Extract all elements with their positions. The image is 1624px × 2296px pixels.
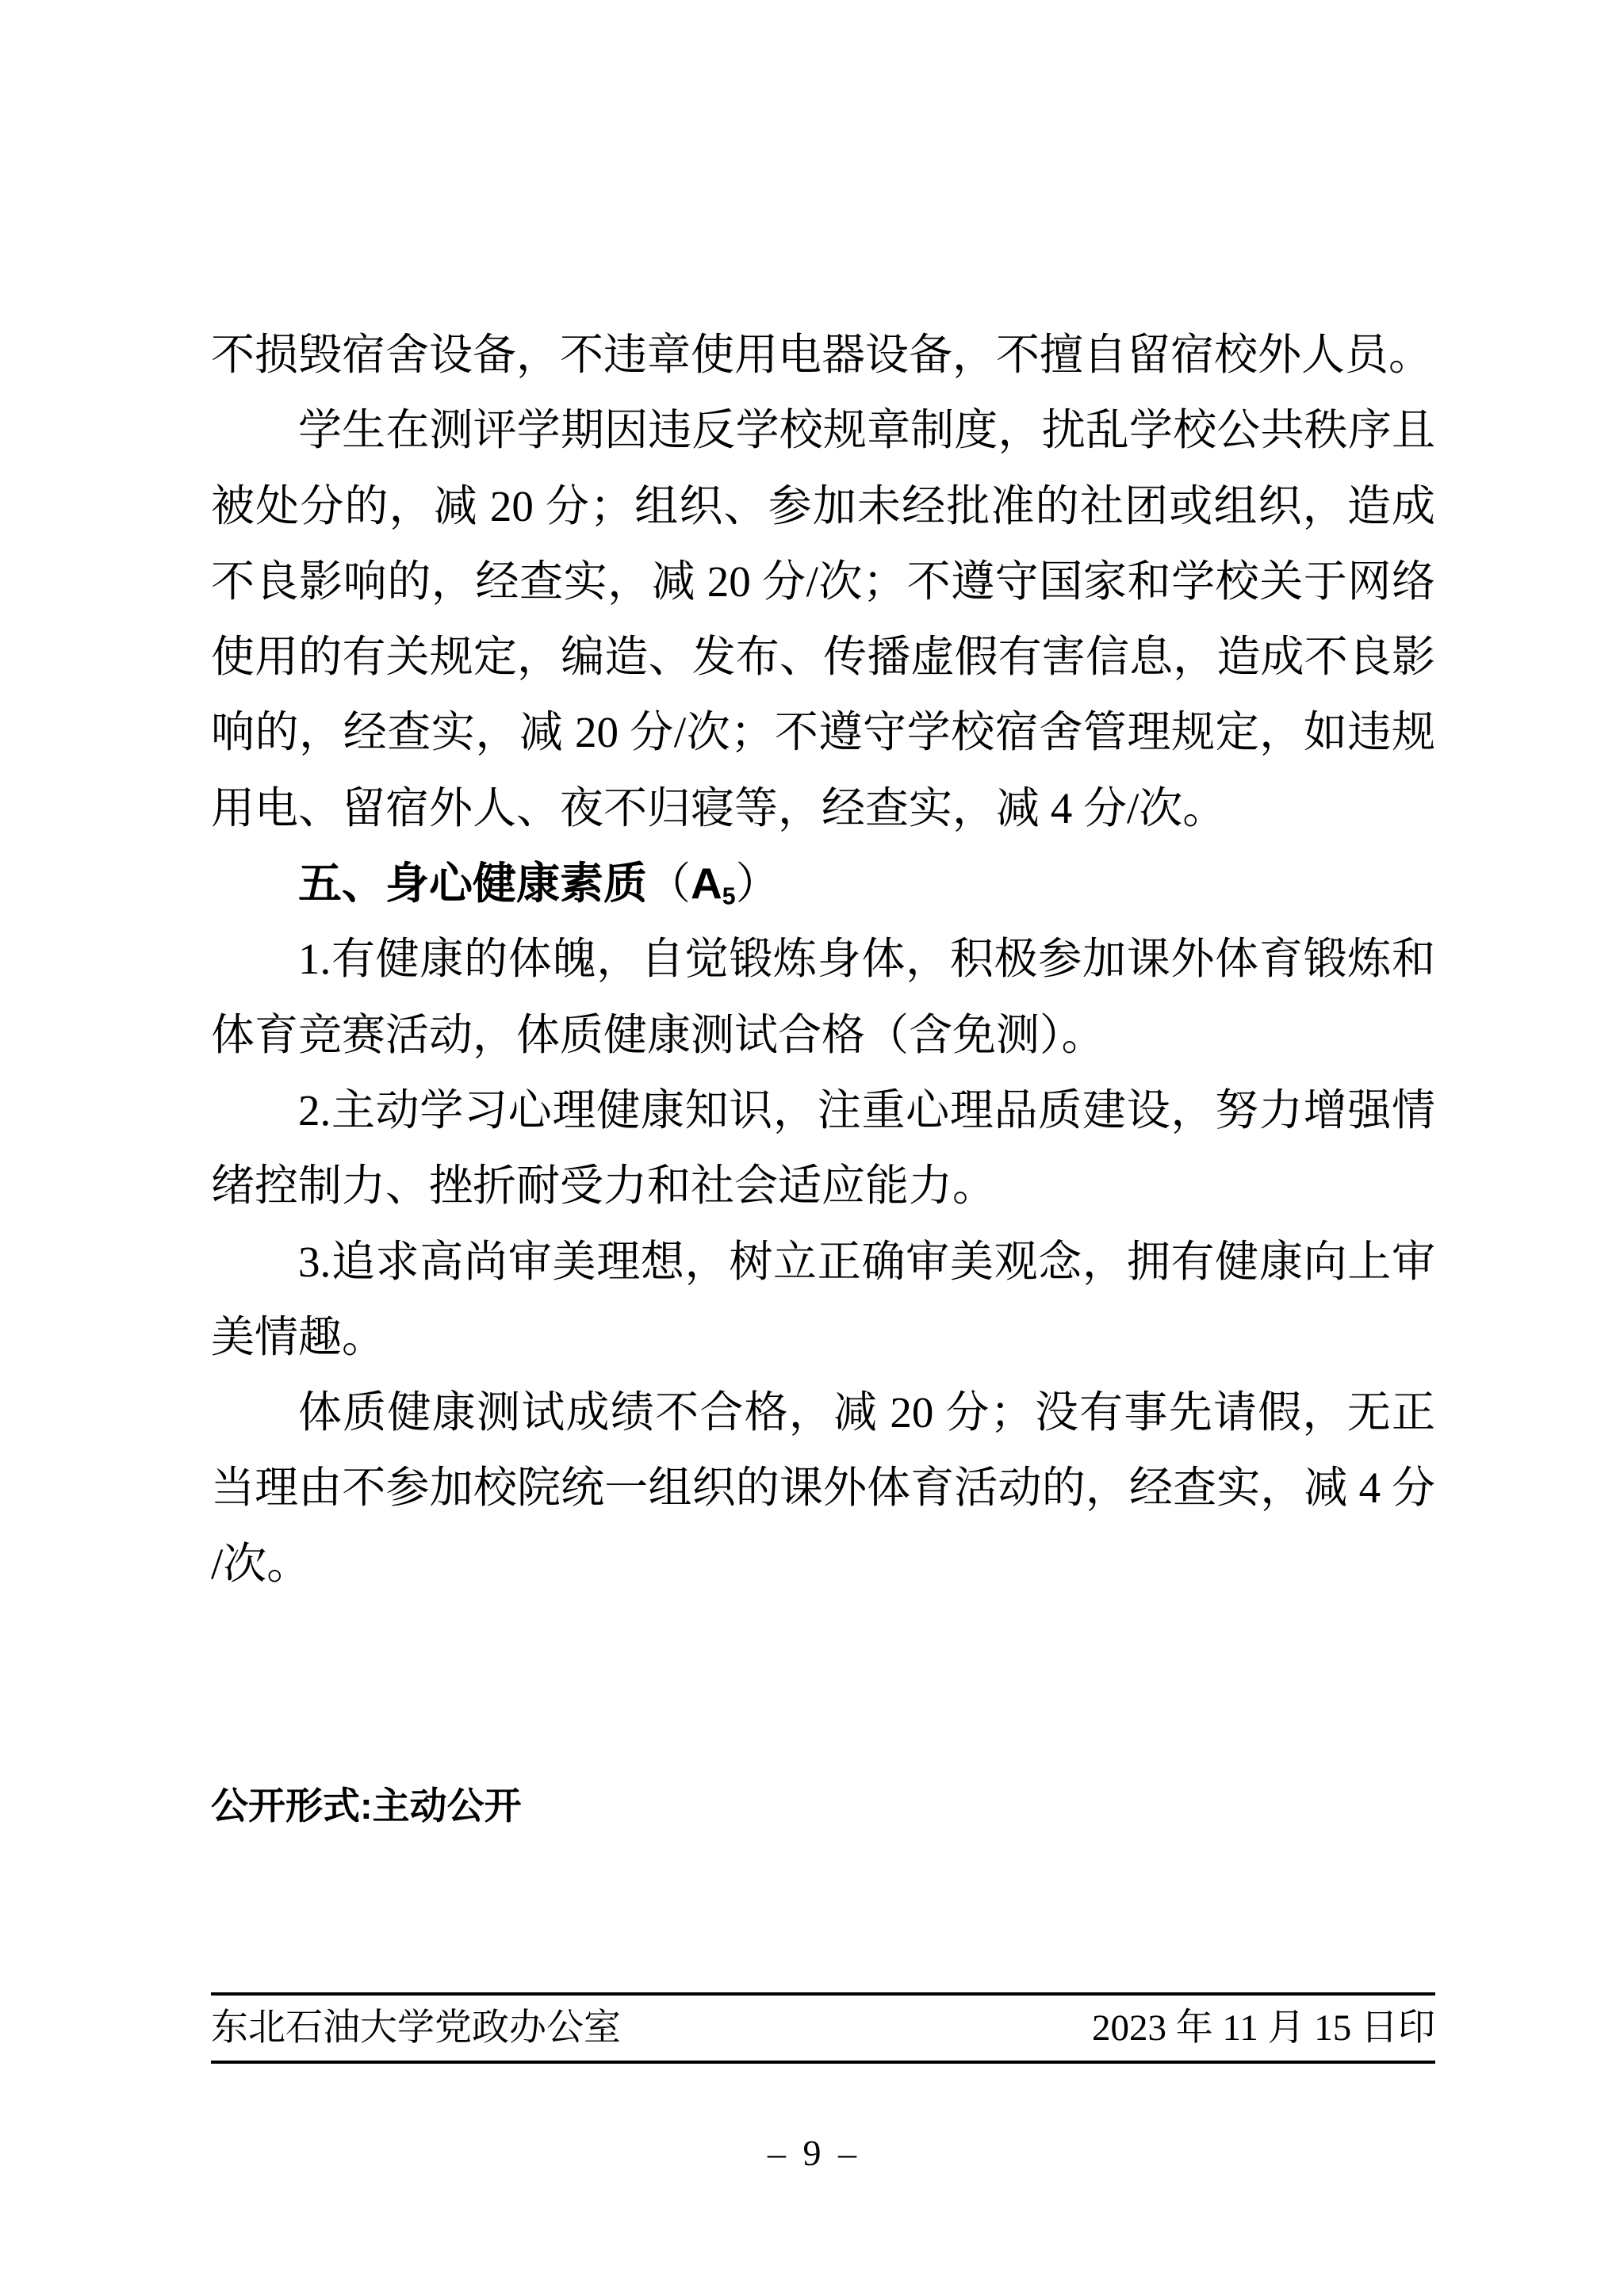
body-line-1: 不损毁宿舍设备，不违章使用电器设备，不擅自留宿校外人员。 bbox=[211, 317, 1435, 392]
body-line-7: 用电、留宿外人、夜不归寝等，经查实，减 4 分/次。 bbox=[211, 771, 1435, 846]
body-line-12: 绪控制力、挫折耐受力和社会适应能力。 bbox=[211, 1148, 1435, 1223]
section-heading-close-paren: ） bbox=[736, 859, 779, 908]
document-footer: 东北石油大学党政办公室 2023 年 11 月 15 日印 bbox=[211, 1992, 1435, 2064]
footer-issuer: 东北石油大学党政办公室 bbox=[211, 1996, 621, 2061]
body-line-11: 2.主动学习心理健康知识，注重心理品质建设，努力增强情 bbox=[211, 1073, 1435, 1148]
section-heading: 五、身心健康素质（A5） bbox=[211, 846, 1435, 921]
body-line-10: 体育竞赛活动，体质健康测试合格（含免测）。 bbox=[211, 997, 1435, 1073]
body-line-9: 1.有健康的体魄，自觉锻炼身体，积极参加课外体育锻炼和 bbox=[211, 921, 1435, 997]
body-line-13: 3.追求高尚审美理想，树立正确审美观念，拥有健康向上审 bbox=[211, 1224, 1435, 1299]
section-heading-open-paren: （ bbox=[647, 859, 691, 908]
disclosure-method-label: 公开形式:主动公开 bbox=[211, 1782, 522, 1830]
body-line-5: 使用的有关规定，编造、发布、传播虚假有害信息，造成不良影 bbox=[211, 619, 1435, 695]
body-line-3: 被处分的，减 20 分；组织、参加未经批准的社团或组织，造成 bbox=[211, 469, 1435, 544]
section-heading-code: A bbox=[691, 859, 722, 908]
body-line-6: 响的，经查实，减 20 分/次；不遵守学校宿舍管理规定，如违规 bbox=[211, 695, 1435, 770]
document-page: 不损毁宿舍设备，不违章使用电器设备，不擅自留宿校外人员。 学生在测评学期因违反学… bbox=[0, 0, 1624, 2296]
body-line-17: /次。 bbox=[211, 1526, 1435, 1601]
body-line-15: 体质健康测试成绩不合格，减 20 分；没有事先请假，无正 bbox=[211, 1375, 1435, 1450]
body-line-14: 美情趣。 bbox=[211, 1299, 1435, 1375]
body-line-4: 不良影响的，经查实，减 20 分/次；不遵守国家和学校关于网络 bbox=[211, 544, 1435, 619]
body-line-2: 学生在测评学期因违反学校规章制度，扰乱学校公共秩序且 bbox=[211, 392, 1435, 468]
section-heading-code-subscript: 5 bbox=[722, 884, 736, 910]
document-body: 不损毁宿舍设备，不违章使用电器设备，不擅自留宿校外人员。 学生在测评学期因违反学… bbox=[211, 317, 1435, 1601]
page-number: – 9 – bbox=[0, 2131, 1624, 2175]
body-line-16: 当理由不参加校院统一组织的课外体育活动的，经查实，减 4 分 bbox=[211, 1450, 1435, 1525]
section-heading-title: 五、身心健康素质 bbox=[298, 859, 647, 908]
footer-print-date: 2023 年 11 月 15 日印 bbox=[1092, 1996, 1435, 2061]
